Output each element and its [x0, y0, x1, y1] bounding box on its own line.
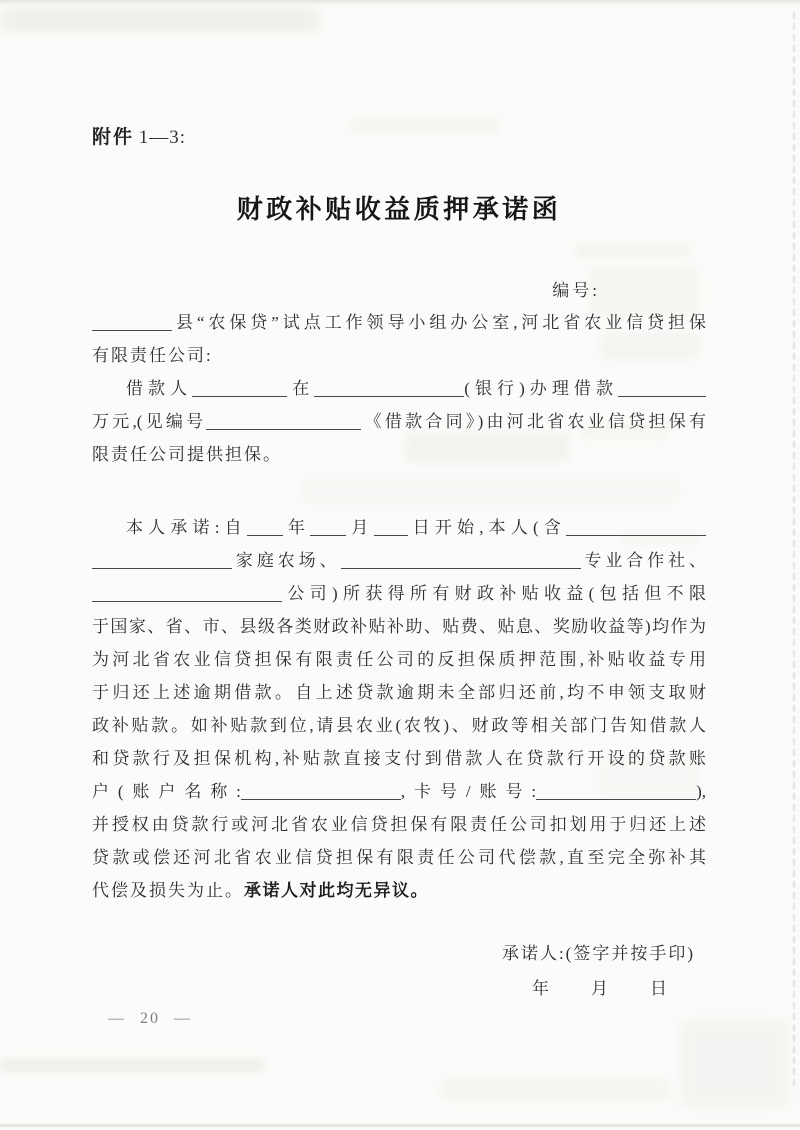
document-line: 万元,(见编号《借款合同》)由河北省农业信贷担保有 — [92, 405, 706, 438]
blank-underline-field — [314, 380, 464, 397]
signatory-label: 承诺人:(签字并按手印) — [92, 937, 706, 970]
para-commitment: 本人承诺:自年月日开始,本人(含家庭农场、专业合作社、公司)所获得所有财政补贴收… — [92, 511, 706, 907]
text-run: 限责任公司提供担保。 — [92, 445, 282, 464]
text-run: 有限责任公司: — [92, 346, 213, 365]
text-run: (银行)办理借款 — [464, 379, 618, 398]
document-line: 于国家、省、市、县级各类财政补贴补助、贴费、贴息、奖励收益等)均作为 — [92, 610, 706, 643]
document-line: 本人承诺:自年月日开始,本人(含 — [92, 511, 706, 544]
scanned-document-page: 附件 1—3: 财政补贴收益质押承诺函 编号: 县“农保贷”试点工作领导小组办公… — [0, 0, 800, 1130]
blank-underline-field — [566, 519, 706, 536]
document-content: 附件 1—3: 财政补贴收益质押承诺函 编号: 县“农保贷”试点工作领导小组办公… — [92, 0, 706, 1031]
document-line: 有限责任公司: — [92, 339, 706, 372]
document-line: 于归还上述逾期借款。自上述贷款逾期未全部归还前,均不申领支取财 — [92, 676, 706, 709]
text-run: 于归还上述逾期借款。自上述贷款逾期未全部归还前,均不申领支取财 — [92, 683, 706, 702]
text-run: 《借款合同》)由河北省农业信贷担保有 — [361, 412, 706, 431]
text-run: 公司)所获得所有财政补贴收益(包括但不限 — [282, 584, 706, 603]
blank-underline-field — [206, 413, 361, 430]
text-run: ,卡号/账号: — [401, 782, 536, 801]
scan-smudge — [680, 1020, 790, 1108]
document-line: 政补贴款。如补贴款到位,请县农业(农牧)、财政等相关部门告知借款人 — [92, 709, 706, 742]
document-line: 代偿及损失为止。承诺人对此均无异议。 — [92, 874, 706, 907]
text-run: 政补贴款。如补贴款到位,请县农业(农牧)、财政等相关部门告知借款人 — [92, 716, 706, 735]
signature-block: 承诺人:(签字并按手印) 年 月 日 — [92, 937, 706, 1007]
text-run: 县“农保贷”试点工作领导小组办公室,河北省农业信贷担保 — [172, 313, 706, 332]
date-day-label: 日 — [650, 970, 667, 1007]
scan-bottom-edge-shadow — [0, 1124, 800, 1127]
emphasis-text-run: 承诺人对此均无异议。 — [244, 881, 429, 900]
blank-underline-field — [92, 585, 282, 602]
page-fold-line — [793, 12, 795, 1090]
document-line: 户(账户名称:,卡号/账号:), — [92, 775, 706, 808]
blank-underline-field — [92, 552, 232, 569]
text-run: 万元,(见编号 — [92, 412, 206, 431]
date-year-label: 年 — [532, 970, 549, 1007]
document-line: 贷款或偿还河北省农业信贷担保有限责任公司代偿款,直至完全弥补其 — [92, 841, 706, 874]
document-body: 县“农保贷”试点工作领导小组办公室,河北省农业信贷担保有限责任公司:借款人在(银… — [92, 306, 706, 907]
scan-smudge — [0, 1058, 265, 1073]
blank-underline-field — [241, 783, 401, 800]
blank-underline-field — [310, 519, 346, 536]
text-run: 为河北省农业信贷担保有限责任公司的反担保质押范围,补贴收益专用 — [92, 650, 706, 669]
text-run: 贷款或偿还河北省农业信贷担保有限责任公司代偿款,直至完全弥补其 — [92, 848, 706, 867]
document-line: 借款人在(银行)办理借款 — [92, 372, 706, 405]
text-run: 专业合作社、 — [581, 551, 707, 570]
document-line: 家庭农场、专业合作社、 — [92, 544, 706, 577]
text-run: 日开始,本人(含 — [408, 518, 567, 537]
blank-underline-field — [92, 314, 172, 331]
attachment-label: 附件 1—3: — [92, 126, 706, 150]
text-run: 并授权由贷款行或河北省农业信贷担保有限责任公司扣划用于归还上述 — [92, 815, 706, 834]
text-run: 和贷款行及担保机构,补贴款直接支付到借款人在贷款行开设的贷款账 — [92, 749, 706, 768]
scan-smudge — [440, 1078, 670, 1102]
text-run: 月 — [346, 518, 373, 537]
document-line: 公司)所获得所有财政补贴收益(包括但不限 — [92, 577, 706, 610]
signature-date-line: 年 月 日 — [92, 970, 706, 1007]
document-line: 和贷款行及担保机构,补贴款直接支付到借款人在贷款行开设的贷款账 — [92, 742, 706, 775]
text-run: 户(账户名称: — [92, 782, 241, 801]
text-run: 年 — [283, 518, 310, 537]
text-run: 借款人 — [126, 379, 192, 398]
serial-number-label: 编号: — [92, 278, 706, 304]
blank-underline-field — [536, 783, 696, 800]
blank-underline-field — [374, 519, 408, 536]
document-line: 限责任公司提供担保。 — [92, 438, 706, 471]
text-run: 在 — [287, 379, 314, 398]
attachment-label-number: 1—3: — [139, 127, 186, 148]
date-month-label: 月 — [591, 970, 608, 1007]
text-run: 代偿及损失为止。 — [92, 881, 244, 900]
para-guarantee-intro: 县“农保贷”试点工作领导小组办公室,河北省农业信贷担保有限责任公司:借款人在(银… — [92, 306, 706, 471]
text-run: 本人承诺:自 — [126, 518, 247, 537]
text-run: ), — [696, 782, 706, 801]
document-line: 并授权由贷款行或河北省农业信贷担保有限责任公司扣划用于归还上述 — [92, 808, 706, 841]
page-number: — 20 — — [92, 1007, 706, 1031]
blank-underline-field — [341, 552, 581, 569]
blank-underline-field — [247, 519, 283, 536]
document-title: 财政补贴收益质押承诺函 — [92, 192, 706, 226]
document-line: 为河北省农业信贷担保有限责任公司的反担保质押范围,补贴收益专用 — [92, 643, 706, 676]
document-line: 县“农保贷”试点工作领导小组办公室,河北省农业信贷担保 — [92, 306, 706, 339]
blank-underline-field — [618, 380, 706, 397]
blank-underline-field — [192, 380, 287, 397]
attachment-label-prefix: 附件 — [92, 127, 134, 148]
text-run: 于国家、省、市、县级各类财政补贴补助、贴费、贴息、奖励收益等)均作为 — [92, 617, 706, 636]
text-run: 家庭农场、 — [232, 551, 341, 570]
